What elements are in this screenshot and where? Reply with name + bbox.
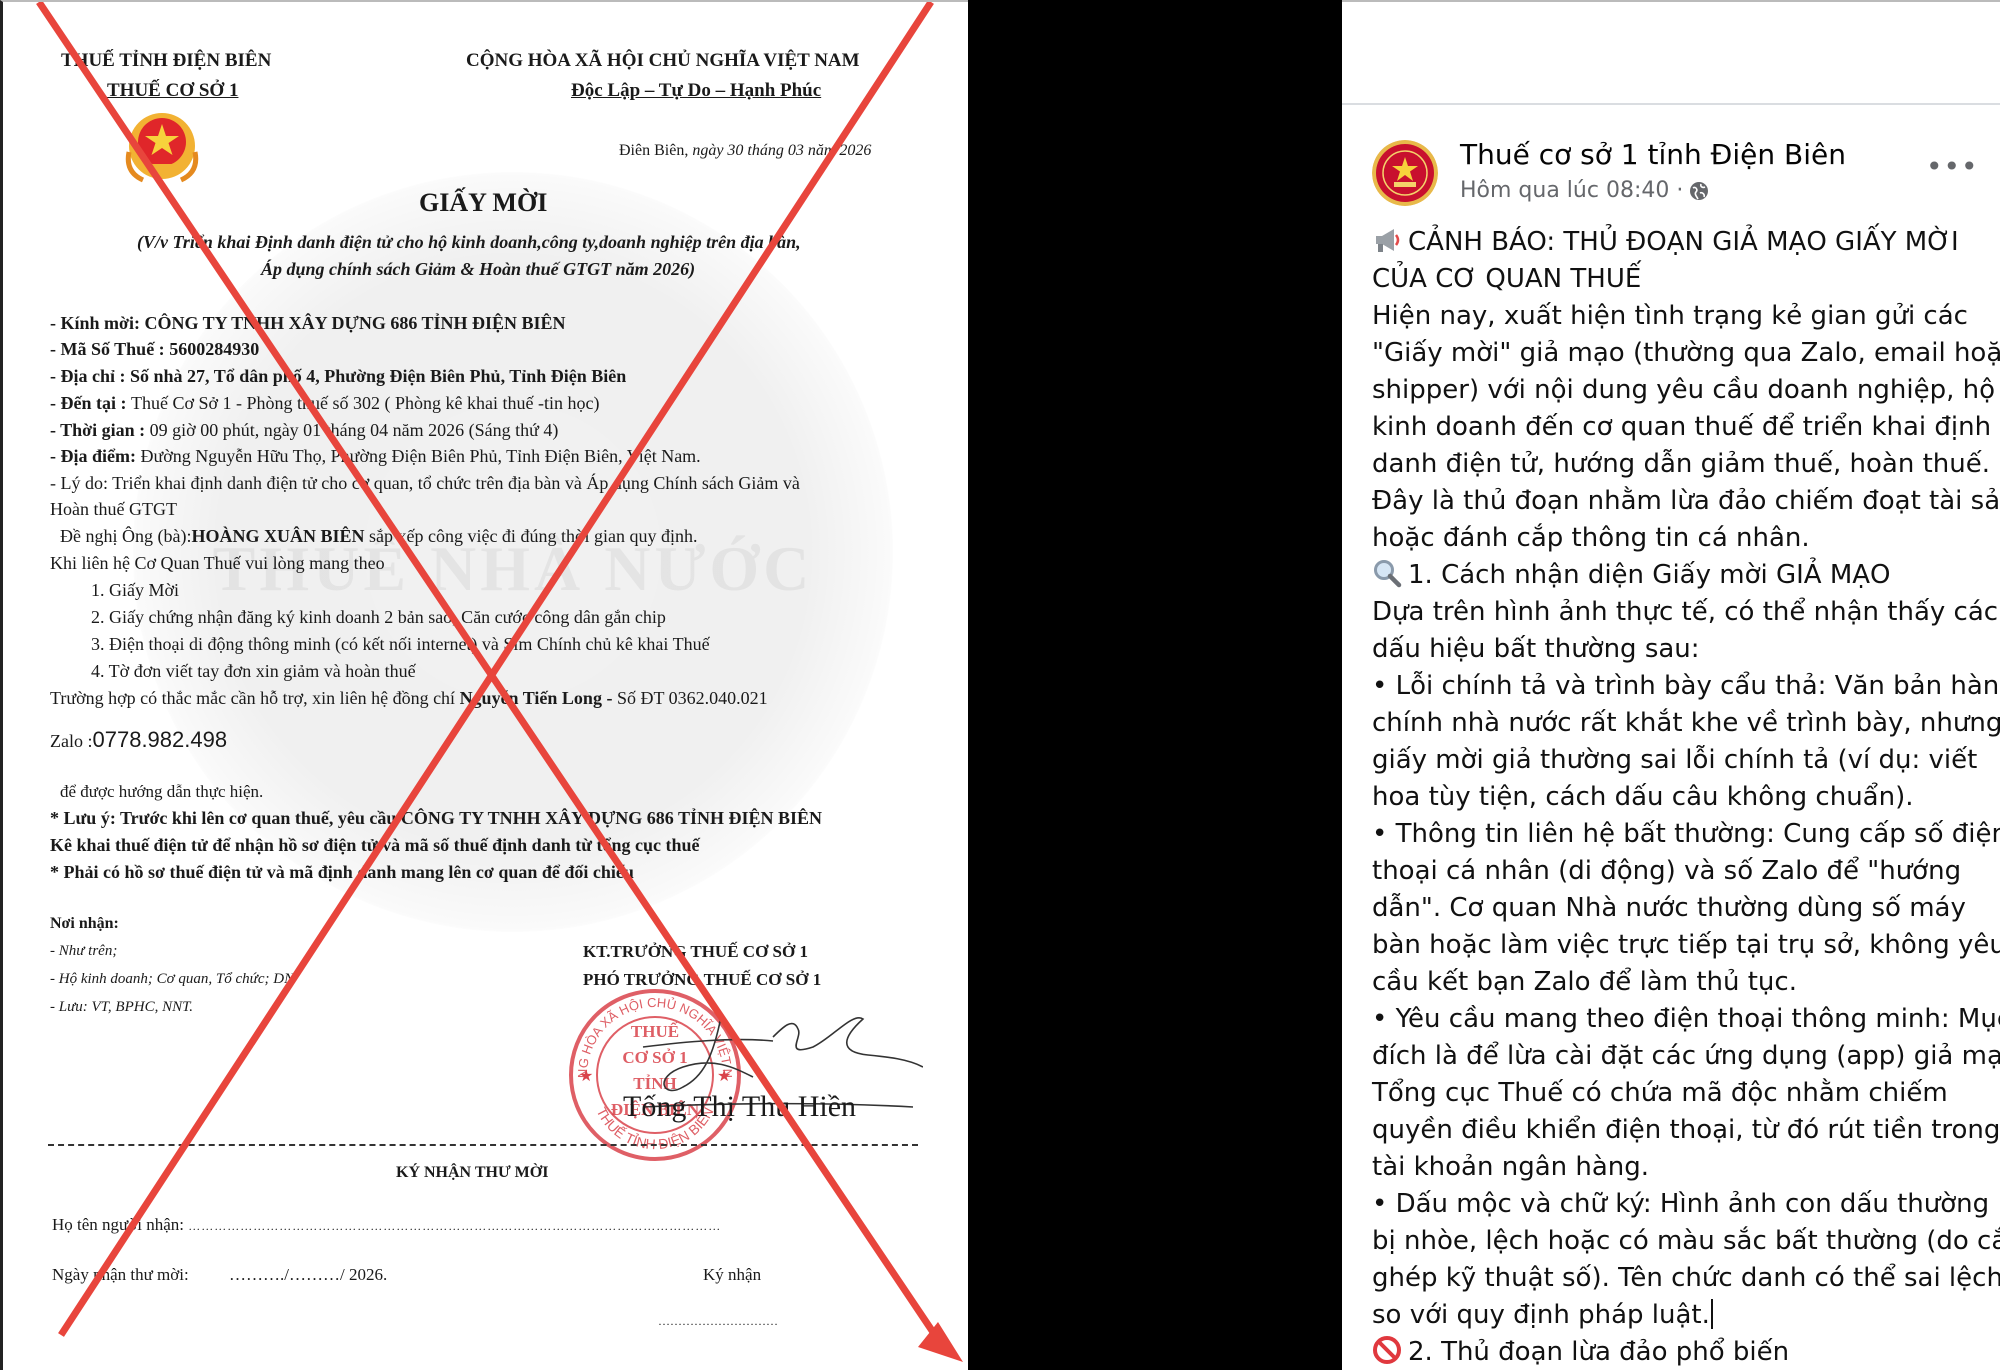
request-prefix: Đề nghị Ông (bà): <box>60 526 191 546</box>
nation-line-1: CỘNG HÒA XÃ HỘI CHỦ NGHĨA VIỆT NAM <box>466 50 860 72</box>
post-line-text: 2. Thủ đoạn lừa đảo phổ biến <box>1408 1337 1789 1367</box>
field-label: - Địa điểm: <box>50 446 140 466</box>
zalo-label: Zalo : <box>50 731 93 751</box>
field-value: Thuế Cơ Sở 1 - Phòng thuế số 302 ( Phòng… <box>131 393 600 413</box>
bring-item: 3. Điện thoại di động thông minh (có kết… <box>91 634 710 655</box>
receipt-sign-blank: ………………………… <box>658 1314 778 1329</box>
prohibited-icon <box>1372 1335 1402 1365</box>
page-avatar[interactable] <box>1372 140 1438 206</box>
post-line-text: dẫn". Cơ quan Nhà nước thường dùng số má… <box>1372 893 1966 923</box>
post-line-text: kinh doanh đến cơ quan thuế để triển kha… <box>1372 412 1991 442</box>
svg-text:★: ★ <box>579 1068 593 1085</box>
bring-item: 2. Giấy chứng nhận đăng ký kinh doanh 2 … <box>91 607 666 628</box>
post-line-text: thoại cá nhân (di động) và số Zalo để "h… <box>1372 856 1961 886</box>
post-line: dẫn". Cơ quan Nhà nước thường dùng số má… <box>1372 890 1992 927</box>
receipt-sign-label: Ký nhận <box>703 1265 761 1285</box>
invitation-field-row: - Kính mời: CÔNG TY TNHH XÂY DỰNG 686 TỈ… <box>50 313 566 334</box>
post-line: danh điện tử, hướng dẫn giảm thuế, hoàn … <box>1372 446 1992 483</box>
post-line: Hiện nay, xuất hiện tình trạng kẻ gian g… <box>1372 298 1992 335</box>
post-line: chính nhà nước rất khắt khe về trình bày… <box>1372 705 1992 742</box>
post-line-text: dấu hiệu bất thường sau: <box>1372 634 1700 664</box>
bring-item: 4. Tờ đơn viết tay đơn xin giảm và hoàn … <box>91 661 416 682</box>
field-value: 09 giờ 00 phút, ngày 01 tháng 04 năm 202… <box>150 420 559 440</box>
post-line-text: ghép kỹ thuật số). Tên chức danh có thể … <box>1372 1263 2000 1293</box>
invitation-field-row: - Địa chỉ : Số nhà 27, Tổ dân phố 4, Phư… <box>50 366 626 387</box>
place-date: Điên Biên, ngày 30 tháng 03 năm 2026 <box>619 142 871 160</box>
post-line-text: • Lỗi chính tả và trình bày cẩu thả: Văn… <box>1372 671 2000 701</box>
field-label: - Kính mời: <box>50 313 144 333</box>
request-name: HOÀNG XUÂN BIÊN <box>191 526 364 546</box>
post-line: tài khoản ngân hàng. <box>1372 1149 1992 1186</box>
more-options-button[interactable]: ••• <box>1926 157 1979 177</box>
field-label: - Thời gian : <box>50 420 150 440</box>
place-name: Điên Biên, <box>619 142 692 159</box>
post-line: 1. Cách nhận diện Giấy mời GIẢ MẠO <box>1372 557 1992 594</box>
zalo-line: Zalo :0778.982.498 <box>50 727 227 753</box>
post-line-text: bị nhòe, lệch hoặc có màu sắc bất thường… <box>1372 1226 2000 1256</box>
contact-prefix: Trường hợp có thắc mắc cần hỗ trợ, xin l… <box>50 688 460 708</box>
national-emblem-icon <box>123 112 201 184</box>
recipient-item: - Như trên; <box>50 943 117 960</box>
sign-title-1: KT.TRƯỞNG THUẾ CƠ SỞ 1 <box>583 942 808 962</box>
post-line-text: CỦA CƠ QUAN THUẾ <box>1372 264 1641 294</box>
globe-icon <box>1689 181 1709 201</box>
post-line: • Thông tin liên hệ bất thường: Cung cấp… <box>1372 816 1992 853</box>
post-meta: Hôm qua lúc 08:40 · <box>1460 178 1709 203</box>
receipt-date-blank: ………./………/ 2026. <box>229 1265 387 1285</box>
post-line-text: 1. Cách nhận diện Giấy mời GIẢ MẠO <box>1408 560 1891 590</box>
post-line-text: • Dấu mộc và chữ ký: Hình ảnh con dấu th… <box>1372 1189 1989 1219</box>
post-line-text: "Giấy mời" giả mạo (thường qua Zalo, ema… <box>1372 338 2000 368</box>
receipt-name-blank: …………………………………………………………………………………………………………… <box>188 1219 721 1233</box>
post-line: hoặc đánh cắp thông tin cá nhân. <box>1372 520 1992 557</box>
post-line-text: • Yêu cầu mang theo điện thoại thông min… <box>1372 1004 2000 1034</box>
zalo-number: 0778.982.498 <box>93 727 228 752</box>
black-separator-band <box>968 0 1342 1370</box>
invitation-field-row: - Đến tại : Thuế Cơ Sở 1 - Phòng thuế số… <box>50 393 599 414</box>
request-suffix: sắp xếp công việc đi đúng thời gian quy … <box>364 526 697 546</box>
post-line-text: Đây là thủ đoạn nhằm lừa đảo chiếm đoạt … <box>1372 486 2000 516</box>
post-line: CẢNH BÁO: THỦ ĐOẠN GIẢ MẠO GIẤY MỜI <box>1372 224 1992 261</box>
fake-invitation-document-image: THUẾ NHÀ NƯỚC THUẾ TỈNH ĐIỆN BIÊN THUẾ C… <box>0 0 968 1370</box>
post-line: • Yêu cầu mang theo điện thoại thông min… <box>1372 1001 1992 1038</box>
post-line-text: hoa tùy tiện, cách dấu câu không chuẩn). <box>1372 782 1914 812</box>
megaphone-icon <box>1372 225 1402 255</box>
post-line-text: Tổng cục Thuế có chứa mã độc nhằm chiếm <box>1372 1078 1948 1108</box>
post-line: 2. Thủ đoạn lừa đảo phổ biến <box>1372 1334 1992 1370</box>
post-line-text: tài khoản ngân hàng. <box>1372 1152 1649 1182</box>
post-line: bị nhòe, lệch hoặc có màu sắc bất thường… <box>1372 1223 1992 1260</box>
post-line: quyền điều khiển điện thoại, từ đó rút t… <box>1372 1112 1992 1149</box>
contact-name: Nguyễn Tiến Long - <box>460 688 617 708</box>
post-line-text: giấy mời giả thường sai lỗi chính tả (ví… <box>1372 745 1977 775</box>
nation-line-2: Độc Lập – Tự Do – Hạnh Phúc <box>571 80 821 102</box>
field-value: 5600284930 <box>169 339 259 359</box>
post-timestamp[interactable]: Hôm qua lúc 08:40 · <box>1460 178 1683 203</box>
document-title: GIẤY MỜI <box>419 188 547 218</box>
post-line: thoại cá nhân (di động) và số Zalo để "h… <box>1372 853 1992 890</box>
post-body-text: CẢNH BÁO: THỦ ĐOẠN GIẢ MẠO GIẤY MỜICỦA C… <box>1372 224 1992 1370</box>
post-line-text: cầu kết bạn Zalo để làm thủ tục. <box>1372 967 1797 997</box>
guide-text: để được hướng dẫn thực hiện. <box>60 782 263 802</box>
post-line: giấy mời giả thường sai lỗi chính tả (ví… <box>1372 742 1992 779</box>
receipt-name-line: Họ tên người nhận: ………………………………………………………… <box>52 1215 721 1235</box>
note-line-3: * Phải có hồ sơ thuế điện tử và mã định … <box>50 862 634 883</box>
post-line: CỦA CƠ QUAN THUẾ <box>1372 261 1992 298</box>
post-line-text: đích là để lừa cài đặt các ứng dụng (app… <box>1372 1041 2000 1071</box>
post-line-text: quyền điều khiển điện thoại, từ đó rút t… <box>1372 1115 2000 1145</box>
field-value: CÔNG TY TNHH XÂY DỰNG 686 TỈNH ĐIỆN BIÊN <box>144 313 565 333</box>
post-line: kinh doanh đến cơ quan thuế để triển kha… <box>1372 409 1992 446</box>
post-line: • Dấu mộc và chữ ký: Hình ảnh con dấu th… <box>1372 1186 1992 1223</box>
magnifier-icon <box>1372 558 1402 588</box>
receipt-name-label: Họ tên người nhận: <box>52 1215 188 1234</box>
post-line: cầu kết bạn Zalo để làm thủ tục. <box>1372 964 1992 1001</box>
post-line-text: • Thông tin liên hệ bất thường: Cung cấp… <box>1372 819 2000 849</box>
bring-item: 1. Giấy Mời <box>91 580 179 601</box>
facebook-post-panel: Thuế cơ sở 1 tỉnh Điện Biên Hôm qua lúc … <box>1342 0 2000 1370</box>
note-line-1: * Lưu ý: Trước khi lên cơ quan thuế, yêu… <box>50 808 822 829</box>
post-line: Đây là thủ đoạn nhằm lừa đảo chiếm đoạt … <box>1372 483 1992 520</box>
post-line-text: Dựa trên hình ảnh thực tế, có thể nhận t… <box>1372 597 1998 627</box>
subject-line-1: (V/v Triển khai Định danh điện tử cho hộ… <box>137 232 801 253</box>
recipient-item: - Lưu: VT, BPHC, NNT. <box>50 999 193 1016</box>
field-label: - Địa chỉ : <box>50 366 130 386</box>
subject-line-2: Áp dụng chính sách Giảm & Hoàn thuế GTGT… <box>261 259 695 280</box>
post-line: bàn hoặc làm việc trực tiếp tại trụ sở, … <box>1372 927 1992 964</box>
receipt-title: KÝ NHẬN THƯ MỜI <box>396 1164 548 1182</box>
recipient-item: - Hộ kinh doanh; Cơ quan, Tổ chức; DN <box>50 971 294 988</box>
page-name-link[interactable]: Thuế cơ sở 1 tỉnh Điện Biên <box>1460 138 1846 171</box>
post-line: đích là để lừa cài đặt các ứng dụng (app… <box>1372 1038 1992 1075</box>
post-line: hoa tùy tiện, cách dấu câu không chuẩn). <box>1372 779 1992 816</box>
post-line: shipper) với nội dung yêu cầu doanh nghi… <box>1372 372 1992 409</box>
post-line-text: shipper) với nội dung yêu cầu doanh nghi… <box>1372 375 1995 405</box>
post-line-text: hoặc đánh cắp thông tin cá nhân. <box>1372 523 1810 553</box>
post-line: dấu hiệu bất thường sau: <box>1372 631 1992 668</box>
field-value: Đường Nguyễn Hữu Thọ, Phường Điện Biên P… <box>140 446 700 466</box>
invitation-field-row: - Địa điểm: Đường Nguyễn Hữu Thọ, Phường… <box>50 446 701 467</box>
post-line: ghép kỹ thuật số). Tên chức danh có thể … <box>1372 1260 1992 1297</box>
post-line: • Lỗi chính tả và trình bày cẩu thả: Văn… <box>1372 668 1992 705</box>
contact-line: Trường hợp có thắc mắc cần hỗ trợ, xin l… <box>50 688 768 709</box>
reason-line-2: Hoàn thuế GTGT <box>50 499 177 520</box>
post-line: Dựa trên hình ảnh thực tế, có thể nhận t… <box>1372 594 1992 631</box>
post-line-text: danh điện tử, hướng dẫn giảm thuế, hoàn … <box>1372 449 1990 479</box>
cut-line-divider <box>48 1144 918 1146</box>
post-line: so với quy định pháp luật. <box>1372 1297 1992 1334</box>
field-value: Số nhà 27, Tổ dân phố 4, Phường Điện Biê… <box>130 366 626 386</box>
post-line-text: CẢNH BÁO: THỦ ĐOẠN GIẢ MẠO GIẤY MỜI <box>1408 227 1959 257</box>
date-text: ngày 30 tháng 03 năm 2026 <box>692 142 871 159</box>
post-line-text: chính nhà nước rất khắt khe về trình bày… <box>1372 708 2000 738</box>
field-label: - Mã Số Thuế : <box>50 339 169 359</box>
post-line: Tổng cục Thuế có chứa mã độc nhằm chiếm <box>1372 1075 1992 1112</box>
text-cursor <box>1711 1299 1713 1329</box>
bring-intro: Khi liên hệ Cơ Quan Thuế vui lòng mang t… <box>50 553 385 574</box>
agency-line-2: THUẾ CƠ SỞ 1 <box>107 80 238 102</box>
post-line-text: so với quy định pháp luật. <box>1372 1300 1710 1330</box>
reason-line-1: - Lý do: Triển khai định danh điện tử ch… <box>50 473 800 494</box>
invitation-field-row: - Thời gian : 09 giờ 00 phút, ngày 01 th… <box>50 420 558 441</box>
receipt-date-label: Ngày nhận thư mời: <box>52 1265 189 1285</box>
agency-line-1: THUẾ TỈNH ĐIỆN BIÊN <box>61 50 271 72</box>
post-line: "Giấy mời" giả mạo (thường qua Zalo, ema… <box>1372 335 1992 372</box>
contact-phone: Số ĐT 0362.040.021 <box>617 688 768 708</box>
signer-name: Tống Thị Thu Hiền <box>623 1090 856 1124</box>
post-line-text: Hiện nay, xuất hiện tình trạng kẻ gian g… <box>1372 301 1968 331</box>
recipients-title: Nơi nhận: <box>50 915 119 933</box>
request-line: Đề nghị Ông (bà):HOÀNG XUÂN BIÊN sắp xếp… <box>60 526 697 547</box>
field-label: - Đến tại : <box>50 393 131 413</box>
post-top-area <box>1342 2 2000 105</box>
invitation-field-row: - Mã Số Thuế : 5600284930 <box>50 339 259 360</box>
post-line-text: bàn hoặc làm việc trực tiếp tại trụ sở, … <box>1372 930 2000 960</box>
note-line-2: Kê khai thuế điện tử để nhận hồ sơ điện … <box>50 835 700 856</box>
